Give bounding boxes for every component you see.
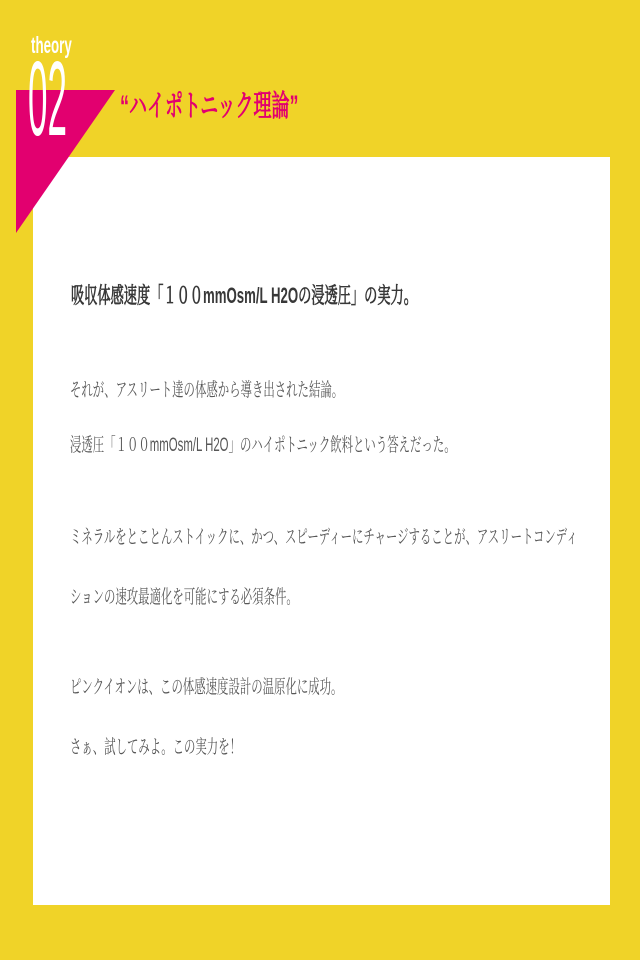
section-number: 02 [28, 46, 67, 152]
body-paragraph-1-line-2: 浸透圧「１００mmOsm/L H2O」のハイポトニック飲料という答えだった。 [70, 436, 456, 457]
body-paragraph-3-line-2: さぁ、試してみよ。この実力を！ [70, 738, 241, 759]
body-paragraph-2-line-1: ミネラルをとことんストイックに、かつ、スピーディーにチャージすることが、アスリー… [70, 528, 578, 549]
section-title: “ハイポトニック理論” [120, 90, 299, 123]
card-title: 吸収体感速度「１００mmOsm/L H2Oの浸透圧」の実力。 [71, 284, 417, 308]
page-background: theory 02 “ハイポトニック理論” 吸収体感速度「１００mmOsm/L … [0, 0, 640, 960]
body-paragraph-1-line-1: それが、アスリート達の体感から導き出された結論。 [70, 381, 343, 402]
body-paragraph-3-line-1: ピンクイオンは、この体感速度設計の温原化に成功。 [70, 678, 342, 699]
body-paragraph-2-line-2: ションの速攻最適化を可能にする必須条件。 [70, 588, 298, 609]
